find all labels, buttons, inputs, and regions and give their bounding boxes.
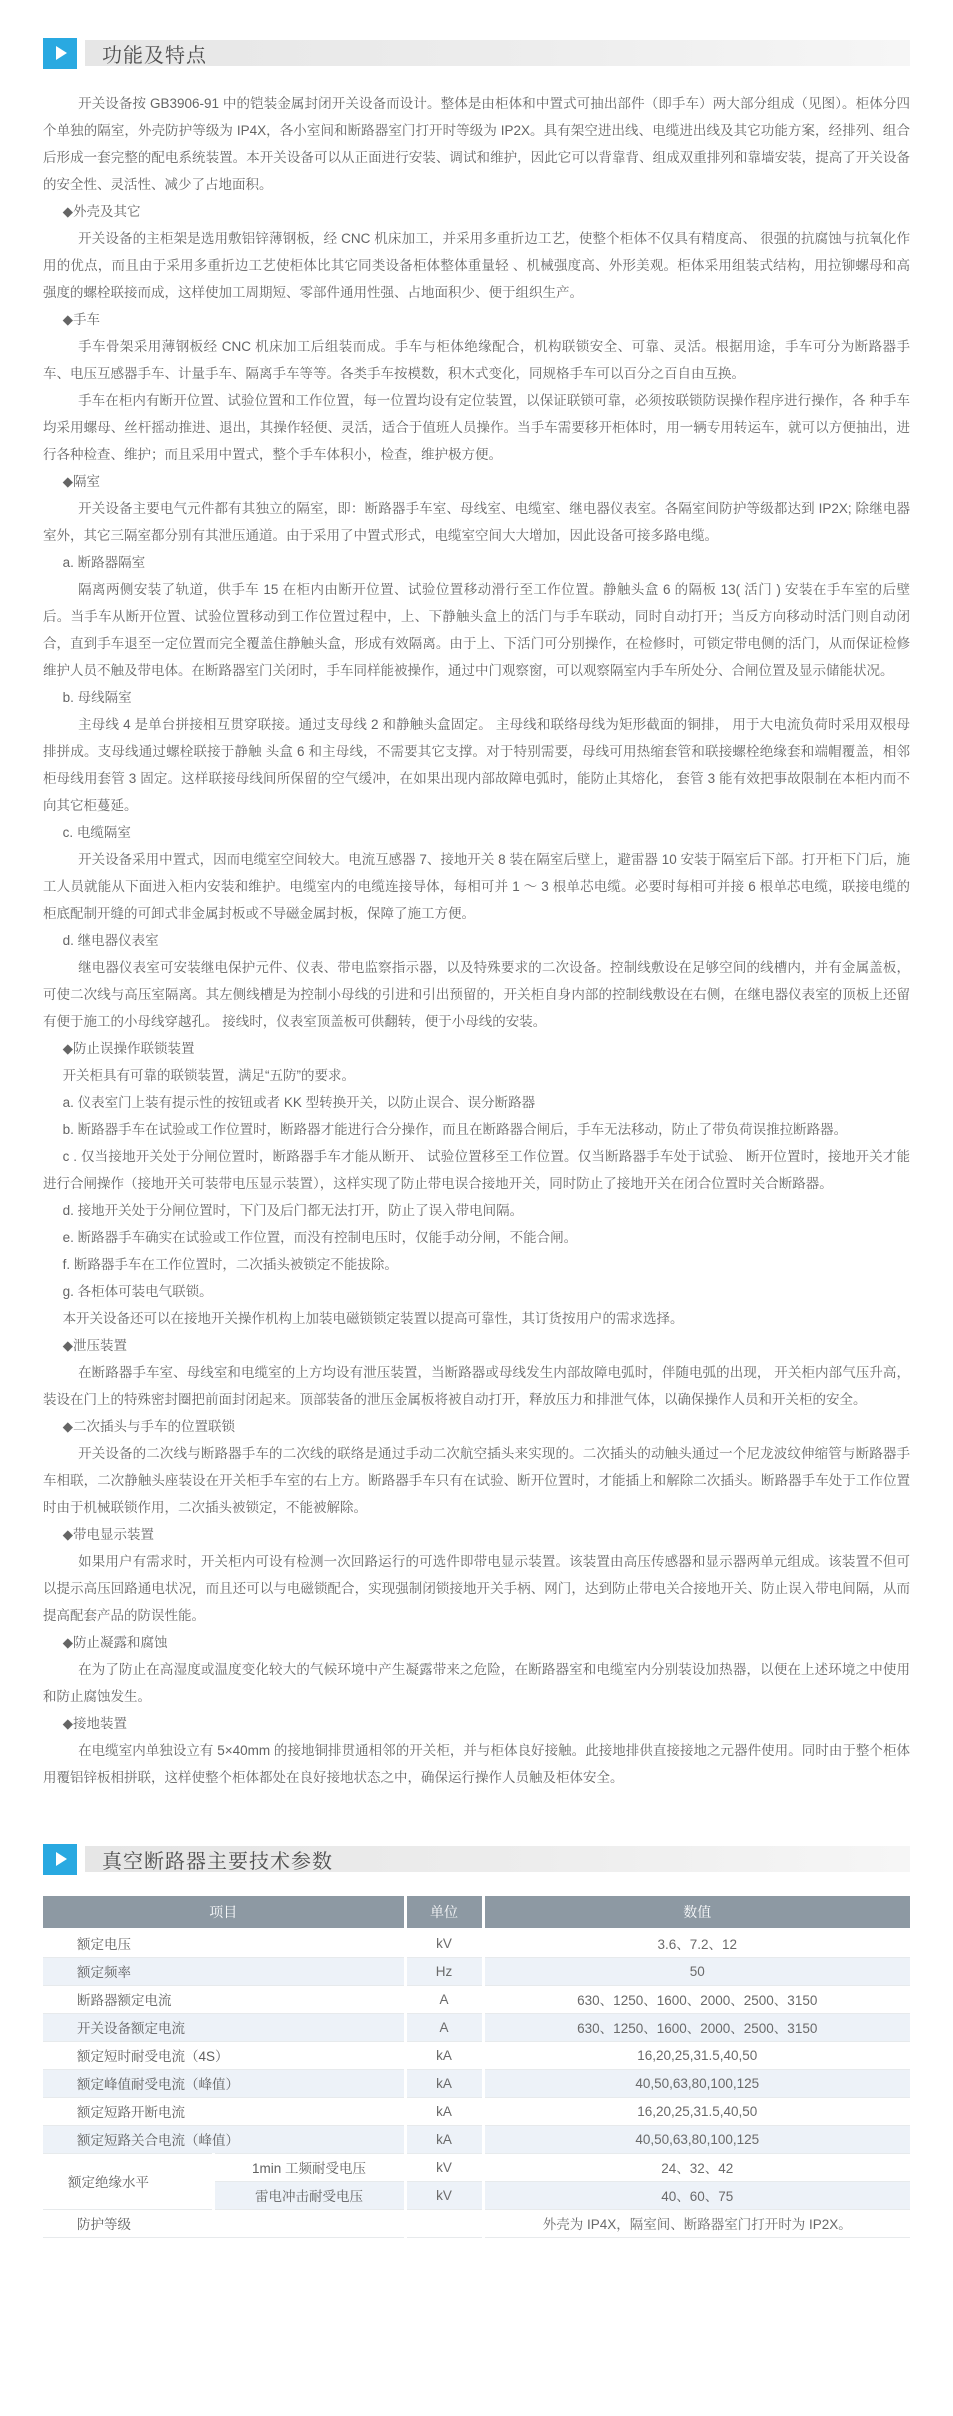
triangle-icon xyxy=(56,1852,67,1866)
param-item: 额定短时耐受电流（4S） xyxy=(43,2041,405,2069)
param-item: 额定电压 xyxy=(43,1929,405,1957)
params-table: 项目 单位 数值 额定电压kV3.6、7.2、12额定频率Hz50断路器额定电流… xyxy=(43,1896,910,2238)
paragraph: 手车在柜内有断开位置、试验位置和工作位置，每一位置均设有定位装置，以保证联锁可靠… xyxy=(43,387,910,468)
features-section: 功能及特点 开关设备按 GB3906-91 中的铠装金属封闭开关设备而设计。整体… xyxy=(43,37,910,1791)
table-row: 额定短时耐受电流（4S）kA16,20,25,31.5,40,50 xyxy=(43,2041,910,2069)
feature-heading: ◆手车 xyxy=(43,306,910,333)
table-row: 额定绝缘水平1min 工频耐受电压kV24、32、42 xyxy=(43,2153,910,2181)
param-item: 防护等级 xyxy=(43,2209,405,2237)
paragraph: 在为了防止在高湿度或温度变化较大的气候环境中产生凝露带来之危险，在断路器室和电缆… xyxy=(43,1656,910,1710)
param-unit: kA xyxy=(405,2041,483,2069)
param-unit: kV xyxy=(405,2153,483,2181)
paragraph: 在断路器手车室、母线室和电缆室的上方均设有泄压装置，当断路器或母线发生内部故障电… xyxy=(43,1359,910,1413)
param-value: 630、1250、1600、2000、2500、3150 xyxy=(483,2013,910,2041)
feature-heading: ◆泄压装置 xyxy=(43,1332,910,1359)
param-value: 40,50,63,80,100,125 xyxy=(483,2069,910,2097)
param-value: 50 xyxy=(483,1957,910,1985)
paragraph: d. 继电器仪表室 xyxy=(43,927,910,954)
col-header-unit: 单位 xyxy=(405,1896,483,1929)
section-header-bar: 功能及特点 xyxy=(85,40,910,66)
table-row: 断路器额定电流A630、1250、1600、2000、2500、3150 xyxy=(43,1985,910,2013)
document-page: 功能及特点 开关设备按 GB3906-91 中的铠装金属封闭开关设备而设计。整体… xyxy=(0,0,953,2416)
param-unit: kA xyxy=(405,2097,483,2125)
paragraph: 开关设备采用中置式，因而电缆室空间较大。电流互感器 7、接地开关 8 装在隔室后… xyxy=(43,846,910,927)
param-unit xyxy=(405,2209,483,2237)
paragraph: 本开关设备还可以在接地开关操作机构上加装电磁锁锁定装置以提高可靠性，其订货按用户… xyxy=(43,1305,910,1332)
paragraph: e. 断路器手车确实在试验或工作位置，而没有控制电压时，仅能手动分闸，不能合闸。 xyxy=(43,1224,910,1251)
param-value: 16,20,25,31.5,40,50 xyxy=(483,2041,910,2069)
feature-heading: ◆防止误操作联锁装置 xyxy=(43,1035,910,1062)
paragraph: d. 接地开关处于分闸位置时，下门及后门都无法打开，防止了误入带电间隔。 xyxy=(43,1197,910,1224)
param-unit: kV xyxy=(405,1929,483,1957)
param-value: 630、1250、1600、2000、2500、3150 xyxy=(483,1985,910,2013)
param-unit: Hz xyxy=(405,1957,483,1985)
param-value: 16,20,25,31.5,40,50 xyxy=(483,2097,910,2125)
param-value: 外壳为 IP4X，隔室间、断路器室门打开时为 IP2X。 xyxy=(483,2209,910,2237)
param-value: 40,50,63,80,100,125 xyxy=(483,2125,910,2153)
paragraph: 开关设备的二次线与断路器手车的二次线的联络是通过手动二次航空插头来实现的。二次插… xyxy=(43,1440,910,1521)
section-title: 功能及特点 xyxy=(85,39,207,68)
paragraph: 隔离两侧安装了轨道，供手车 15 在柜内由断开位置、试验位置移动滑行至工作位置。… xyxy=(43,576,910,684)
features-body: 开关设备按 GB3906-91 中的铠装金属封闭开关设备而设计。整体是由柜体和中… xyxy=(43,90,910,1791)
paragraph: 主母线 4 是单台拼接相互贯穿联接。通过支母线 2 和静触头盒固定。 主母线和联… xyxy=(43,711,910,819)
param-item: 额定短路关合电流（峰值） xyxy=(43,2125,405,2153)
section-header-features: 功能及特点 xyxy=(43,37,910,69)
paragraph: 开关柜具有可靠的联锁装置，满足“五防”的要求。 xyxy=(43,1062,910,1089)
param-group: 额定绝缘水平 xyxy=(43,2153,213,2209)
table-row: 防护等级外壳为 IP4X，隔室间、断路器室门打开时为 IP2X。 xyxy=(43,2209,910,2237)
paragraph: g. 各柜体可装电气联锁。 xyxy=(43,1278,910,1305)
paragraph: 继电器仪表室可安装继电保护元件、仪表、带电监察指示器，以及特殊要求的二次设备。控… xyxy=(43,954,910,1035)
feature-heading: ◆外壳及其它 xyxy=(43,198,910,225)
param-item: 开关设备额定电流 xyxy=(43,2013,405,2041)
params-table-body: 额定电压kV3.6、7.2、12额定频率Hz50断路器额定电流A630、1250… xyxy=(43,1929,910,2237)
param-item: 断路器额定电流 xyxy=(43,1985,405,2013)
param-unit: A xyxy=(405,2013,483,2041)
param-item: 额定短路开断电流 xyxy=(43,2097,405,2125)
table-header-row: 项目 单位 数值 xyxy=(43,1896,910,1929)
play-icon xyxy=(43,38,77,69)
feature-heading: ◆二次插头与手车的位置联锁 xyxy=(43,1413,910,1440)
table-row: 开关设备额定电流A630、1250、1600、2000、2500、3150 xyxy=(43,2013,910,2041)
paragraph: b. 母线隔室 xyxy=(43,684,910,711)
param-value: 3.6、7.2、12 xyxy=(483,1929,910,1957)
table-row: 额定峰值耐受电流（峰值）kA40,50,63,80,100,125 xyxy=(43,2069,910,2097)
param-item: 额定峰值耐受电流（峰值） xyxy=(43,2069,405,2097)
feature-heading: ◆带电显示装置 xyxy=(43,1521,910,1548)
section-header-bar: 真空断路器主要技术参数 xyxy=(85,1846,910,1872)
param-unit: kV xyxy=(405,2181,483,2209)
paragraph: 开关设备主要电气元件都有其独立的隔室，即：断路器手车室、母线室、电缆室、继电器仪… xyxy=(43,495,910,549)
param-subitem: 1min 工频耐受电压 xyxy=(213,2153,405,2181)
triangle-icon xyxy=(56,46,67,60)
paragraph: 开关设备的主柜架是选用敷铝锌薄钢板，经 CNC 机床加工，并采用多重折边工艺，使… xyxy=(43,225,910,306)
play-icon xyxy=(43,1844,77,1875)
paragraph: c. 电缆隔室 xyxy=(43,819,910,846)
param-value: 24、32、42 xyxy=(483,2153,910,2181)
paragraph: a. 断路器隔室 xyxy=(43,549,910,576)
param-item: 额定频率 xyxy=(43,1957,405,1985)
paragraph: 手车骨架采用薄钢板经 CNC 机床加工后组装而成。手车与柜体绝缘配合，机构联锁安… xyxy=(43,333,910,387)
table-row: 额定电压kV3.6、7.2、12 xyxy=(43,1929,910,1957)
table-row: 额定短路关合电流（峰值）kA40,50,63,80,100,125 xyxy=(43,2125,910,2153)
feature-heading: ◆隔室 xyxy=(43,468,910,495)
params-section: 真空断路器主要技术参数 项目 单位 数值 额定电压kV3.6、7.2、12额定频… xyxy=(43,1843,910,2238)
section-header-params: 真空断路器主要技术参数 xyxy=(43,1843,910,1875)
feature-heading: ◆接地装置 xyxy=(43,1710,910,1737)
feature-heading: ◆防止凝露和腐蚀 xyxy=(43,1629,910,1656)
paragraph: f. 断路器手车在工作位置时，二次插头被锁定不能拔除。 xyxy=(43,1251,910,1278)
param-subitem: 雷电冲击耐受电压 xyxy=(213,2181,405,2209)
paragraph: 在电缆室内单独设立有 5×40mm 的接地铜排贯通相邻的开关柜，并与柜体良好接触… xyxy=(43,1737,910,1791)
paragraph: 开关设备按 GB3906-91 中的铠装金属封闭开关设备而设计。整体是由柜体和中… xyxy=(43,90,910,198)
table-row: 额定频率Hz50 xyxy=(43,1957,910,1985)
paragraph: 如果用户有需求时，开关柜内可设有检测一次回路运行的可选件即带电显示装置。该装置由… xyxy=(43,1548,910,1629)
paragraph: c . 仅当接地开关处于分闸位置时，断路器手车才能从断开、 试验位置移至工作位置… xyxy=(43,1143,910,1197)
paragraph: b. 断路器手车在试验或工作位置时，断路器才能进行合分操作，而且在断路器合闸后，… xyxy=(43,1116,910,1143)
param-unit: kA xyxy=(405,2069,483,2097)
param-unit: A xyxy=(405,1985,483,2013)
paragraph: a. 仪表室门上装有提示性的按钮或者 KK 型转换开关，以防止误合、误分断路器 xyxy=(43,1089,910,1116)
col-header-value: 数值 xyxy=(483,1896,910,1929)
col-header-item: 项目 xyxy=(43,1896,405,1929)
param-value: 40、60、75 xyxy=(483,2181,910,2209)
section-title: 真空断路器主要技术参数 xyxy=(85,1845,333,1874)
table-row: 额定短路开断电流kA16,20,25,31.5,40,50 xyxy=(43,2097,910,2125)
param-unit: kA xyxy=(405,2125,483,2153)
